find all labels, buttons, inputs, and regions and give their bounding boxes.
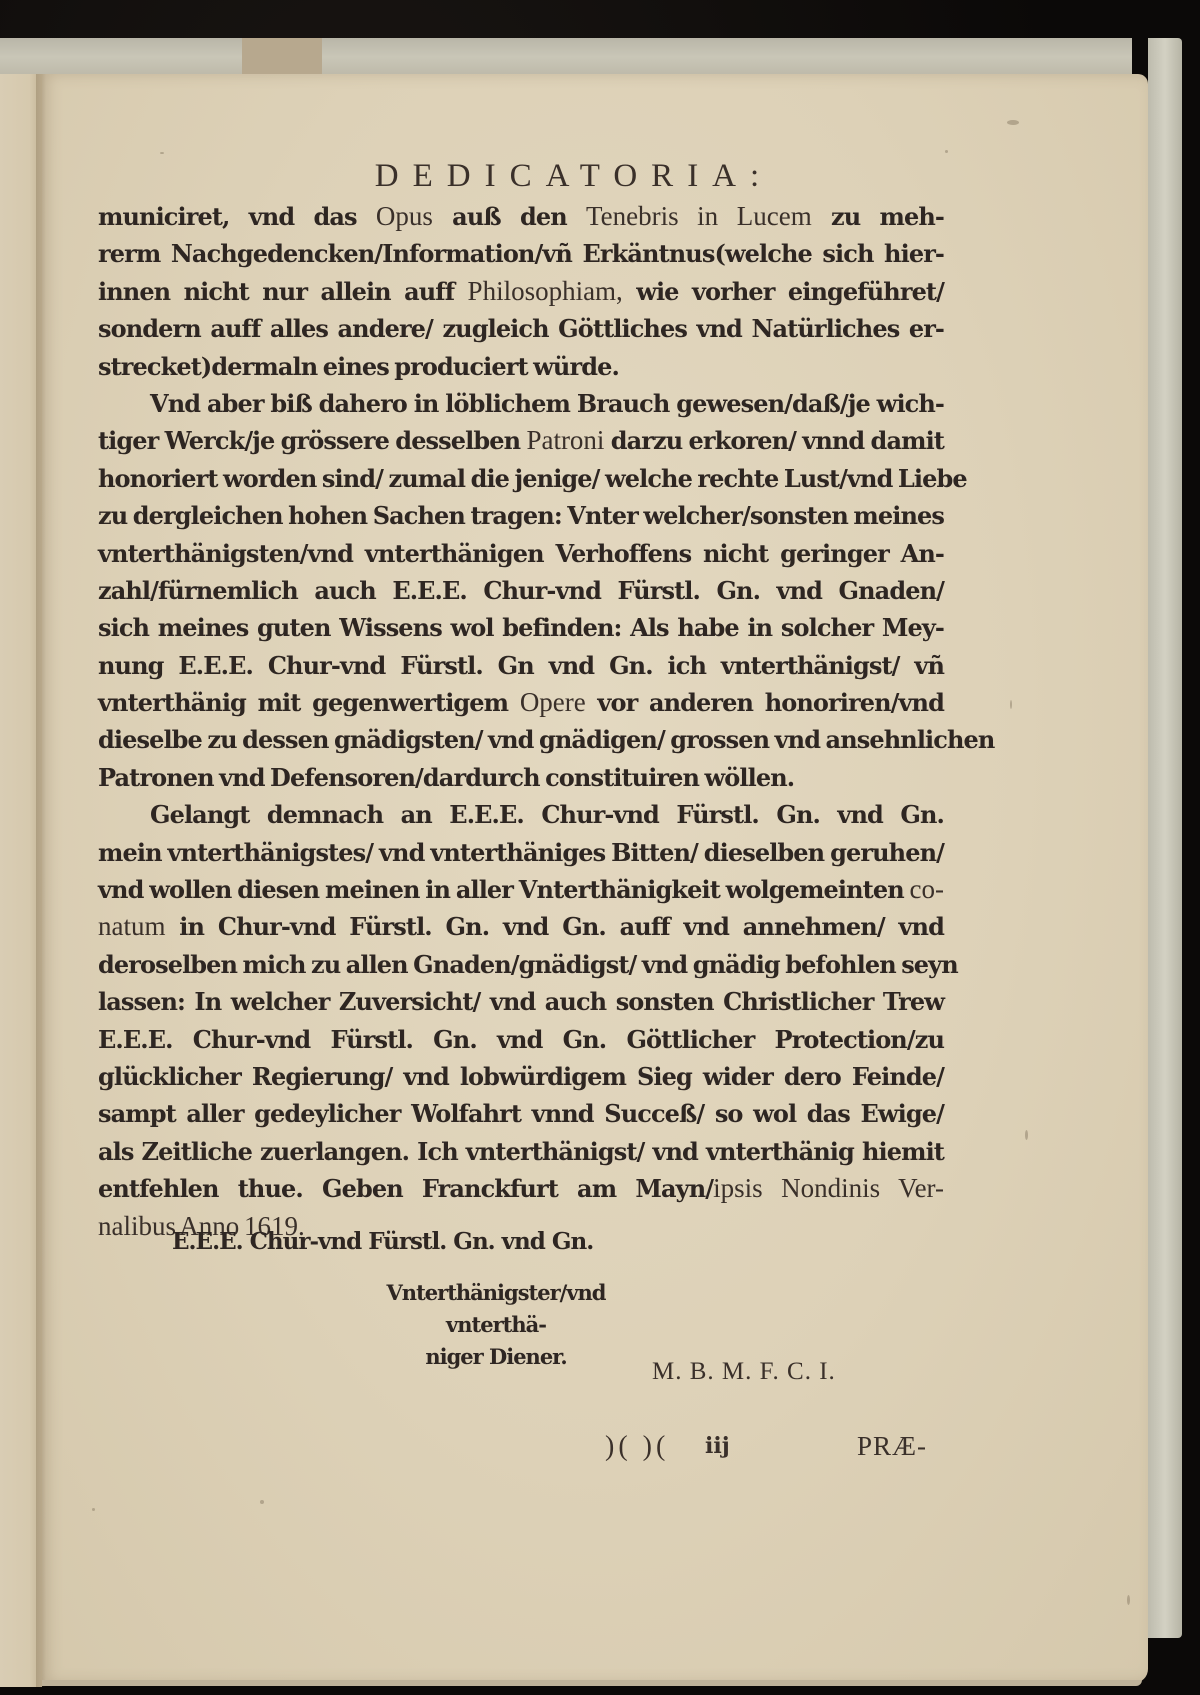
latin-phrase: Opus — [376, 201, 433, 231]
latin-phrase: ipsis Nondinis Ver- — [713, 1173, 944, 1203]
dedication-body: municiret, vnd das Opus auß den Tenebris… — [98, 198, 944, 1245]
fraktur-phrase: glücklicher Regierung/ vnd lobwürdigem S… — [98, 1062, 944, 1091]
fraktur-phrase: innen nicht nur allein auff — [98, 277, 468, 306]
text-line: sampt aller gedeylicher Wolfahrt vnnd Su… — [98, 1095, 944, 1132]
fraktur-phrase: honoriert worden sind/ zumal die jenige/… — [98, 464, 967, 493]
fraktur-phrase: entfehlen thue. Geben Franckfurt am Mayn… — [98, 1174, 713, 1203]
signature-initials: M. B. M. F. C. I. — [652, 1358, 836, 1386]
latin-phrase: natum — [98, 911, 166, 941]
fraktur-phrase: vnterthänig mit gegenwertigem — [98, 688, 520, 717]
text-line: lassen: In welcher Zuversicht/ vnd auch … — [98, 983, 944, 1020]
fraktur-phrase: zu dergleichen hohen Sachen tragen: Vnte… — [98, 501, 944, 530]
fraktur-phrase: sampt aller gedeylicher Wolfahrt vnnd Su… — [98, 1099, 944, 1128]
text-line: zahl/fürnemlich auch E.E.E. Chur-vnd Für… — [98, 572, 944, 609]
fraktur-phrase: lassen: In welcher Zuversicht/ vnd auch … — [98, 987, 944, 1016]
text-line: municiret, vnd das Opus auß den Tenebris… — [98, 198, 944, 235]
folio-number: iij — [705, 1433, 730, 1459]
catchword: PRÆ- — [857, 1431, 927, 1462]
latin-phrase: Tenebris in Lucem — [586, 201, 812, 231]
text-line: nung E.E.E. Chur-vnd Fürstl. Gn vnd Gn. … — [98, 647, 944, 684]
latin-phrase: Opere — [520, 687, 586, 717]
fraktur-phrase: deroselben mich zu allen Gnaden/gnädigst… — [98, 950, 958, 979]
text-line: rerm Nachgedencken/Information/vñ Erkänt… — [98, 235, 944, 272]
servant-line-2: niger Diener. — [366, 1341, 626, 1373]
latin-phrase: Patroni — [526, 425, 604, 455]
fraktur-phrase: Gelangt demnach an E.E.E. Chur-vnd Fürst… — [150, 800, 944, 829]
text-line: strecket)dermaln eines produciert würde. — [98, 348, 944, 385]
fraktur-phrase: vor anderen honoriren/vnd — [586, 688, 944, 717]
page-bottom-edge — [42, 1680, 1142, 1686]
closing-servant: Vnterthänigster/vnd vnterthä- niger Dien… — [366, 1277, 626, 1373]
latin-phrase: Philosophiam, — [468, 276, 623, 306]
fraktur-phrase: zahl/fürnemlich auch E.E.E. Chur-vnd Für… — [98, 576, 944, 605]
text-line: vnd wollen diesen meinen in aller Vntert… — [98, 871, 944, 908]
text-line: Gelangt demnach an E.E.E. Chur-vnd Fürst… — [98, 796, 944, 833]
text-line: Patronen vnd Defensoren/dardurch constit… — [98, 759, 944, 796]
gutter-shadow — [36, 74, 46, 1687]
fraktur-phrase: E.E.E. Chur-vnd Fürstl. Gn. vnd Gn. Gött… — [98, 1025, 944, 1054]
fraktur-phrase: strecket)dermaln eines produciert würde. — [98, 352, 619, 381]
fraktur-phrase: sondern auff alles andere/ zugleich Gött… — [98, 314, 944, 343]
mount-strip-top — [0, 38, 1132, 76]
text-line: sondern auff alles andere/ zugleich Gött… — [98, 310, 944, 347]
text-line: honoriert worden sind/ zumal die jenige/… — [98, 460, 944, 497]
fraktur-phrase: tiger Werck/je grössere desselben — [98, 426, 526, 455]
text-line: natum in Chur-vnd Fürstl. Gn. vnd Gn. au… — [98, 908, 944, 945]
text-line: glücklicher Regierung/ vnd lobwürdigem S… — [98, 1058, 944, 1095]
fraktur-phrase: mein vnterthänigstes/ vnd vnterthäniges … — [98, 838, 944, 867]
page-heading: DEDICATORIA: — [0, 158, 1108, 195]
text-line: sich meines guten Wissens wol befinden: … — [98, 609, 944, 646]
text-line: dieselbe zu dessen gnädigsten/ vnd gnädi… — [98, 721, 944, 758]
fraktur-phrase: zu meh- — [812, 202, 944, 231]
text-line: mein vnterthänigstes/ vnd vnterthäniges … — [98, 834, 944, 871]
text-line: zu dergleichen hohen Sachen tragen: Vnte… — [98, 497, 944, 534]
text-line: tiger Werck/je grössere desselben Patron… — [98, 422, 944, 459]
fraktur-phrase: wie vorher eingeführet/ — [623, 277, 944, 306]
text-line: vnterthänigsten/vnd vnterthänigen Verhof… — [98, 535, 944, 572]
fraktur-phrase: sich meines guten Wissens wol befinden: … — [98, 613, 944, 642]
closing-address: E.E.E. Chur-vnd Fürstl. Gn. vnd Gn. — [172, 1228, 593, 1255]
fraktur-phrase: darzu erkoren/ vnnd damit — [604, 426, 944, 455]
text-line: als Zeitliche zuerlangen. Ich vnterthäni… — [98, 1133, 944, 1170]
fraktur-phrase: Vnd aber biß dahero in löblichem Brauch … — [150, 389, 944, 418]
fraktur-phrase: Patronen vnd Defensoren/dardurch constit… — [98, 763, 794, 792]
fraktur-phrase: dieselbe zu dessen gnädigsten/ vnd gnädi… — [98, 725, 994, 754]
text-line: deroselben mich zu allen Gnaden/gnädigst… — [98, 946, 944, 983]
fraktur-phrase: vnd wollen diesen meinen in aller Vntert… — [98, 875, 910, 904]
text-line: E.E.E. Chur-vnd Fürstl. Gn. vnd Gn. Gött… — [98, 1021, 944, 1058]
fraktur-phrase: nung E.E.E. Chur-vnd Fürstl. Gn vnd Gn. … — [98, 651, 944, 680]
text-line: entfehlen thue. Geben Franckfurt am Mayn… — [98, 1170, 944, 1207]
text-line: innen nicht nur allein auff Philosophiam… — [98, 273, 944, 310]
signature-mark: )( )( — [605, 1431, 669, 1463]
fraktur-phrase: in Chur-vnd Fürstl. Gn. vnd Gn. auff vnd… — [166, 912, 945, 941]
mount-strip-right — [1148, 38, 1182, 1638]
fraktur-phrase: municiret, vnd das — [98, 202, 376, 231]
text-line: vnterthänig mit gegenwertigem Opere vor … — [98, 684, 944, 721]
mount-tab — [242, 38, 322, 76]
text-line: Vnd aber biß dahero in löblichem Brauch … — [98, 385, 944, 422]
latin-phrase: co- — [910, 874, 944, 904]
fraktur-phrase: rerm Nachgedencken/Information/vñ Erkänt… — [98, 239, 944, 268]
fraktur-phrase: als Zeitliche zuerlangen. Ich vnterthäni… — [98, 1137, 944, 1166]
fraktur-phrase: vnterthänigsten/vnd vnterthänigen Verhof… — [98, 539, 944, 568]
servant-line-1: Vnterthänigster/vnd vnterthä- — [366, 1277, 626, 1341]
fraktur-phrase: auß den — [433, 202, 586, 231]
